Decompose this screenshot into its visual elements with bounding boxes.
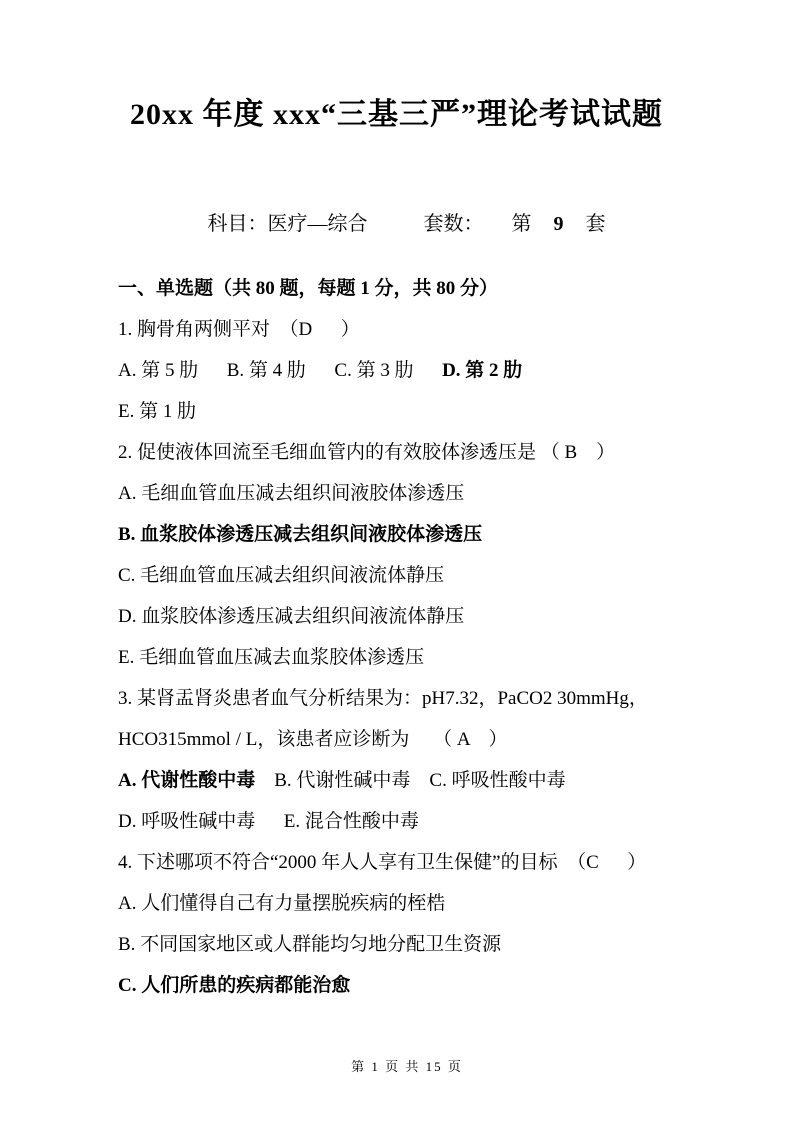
exam-document-page: 20xx 年度 xxx“三基三严”理论考试试题 科目：医疗—综合套数：第9套 一… [0, 0, 793, 1122]
question-4-option-c: C. 人们所患的疾病都能治愈 [118, 965, 748, 1006]
question-3-options-a-c: A. 代谢性酸中毒 B. 代谢性碱中毒 C. 呼吸性酸中毒 [118, 760, 748, 801]
question-4-option-b: B. 不同国家地区或人群能均匀地分配卫生资源 [118, 924, 748, 965]
text-segment: A. 毛细血管血压减去组织间液胶体渗透压 [118, 483, 464, 504]
text-segment: D. 血浆胶体渗透压减去组织间液流体静压 [118, 606, 464, 627]
question-2-option-d: D. 血浆胶体渗透压减去组织间液流体静压 [118, 596, 748, 637]
text-segment: D. 呼吸性碱中毒 E. 混合性酸中毒 [118, 811, 419, 832]
text-segment: 4. 下述哪项不符合“2000 年人人享有卫生保健”的目标 （C ） [118, 852, 646, 873]
subject-label: 科目：医疗—综合 [208, 213, 368, 235]
text-segment: B. 代谢性碱中毒 C. 呼吸性酸中毒 [255, 770, 565, 791]
question-1-option-e: E. 第 1 肋 [118, 391, 748, 432]
question-2-option-b: B. 血浆胶体渗透压减去组织间液胶体渗透压 [118, 514, 748, 555]
question-list: 一、单选题（共 80 题，每题 1 分，共 80 分）1. 胸骨角两侧平对 （D… [118, 268, 748, 1006]
answer-bold-segment: C. 人们所患的疾病都能治愈 [118, 975, 350, 996]
question-3-text-line-2: HCO315mmol / L，该患者应诊断为 （ A ） [118, 719, 748, 760]
question-2-text: 2. 促使液体回流至毛细血管内的有效胶体渗透压是 （ B ） [118, 432, 748, 473]
text-segment: 3. 某肾盂肾炎患者血气分析结果为：pH7.32，PaCO2 30mmHg， [118, 688, 648, 709]
set-count-label: 套数： [424, 213, 484, 235]
text-segment: E. 第 1 肋 [118, 401, 196, 422]
text-segment: HCO315mmol / L，该患者应诊断为 （ A ） [118, 729, 508, 750]
page-number-text: 第 1 页 共 15 页 [351, 1059, 463, 1074]
text-segment: 1. 胸骨角两侧平对 （D ） [118, 319, 360, 340]
answer-bold-segment: D. 第 2 肋 [442, 360, 522, 381]
answer-bold-segment: B. 血浆胶体渗透压减去组织间液胶体渗透压 [118, 524, 482, 545]
page-title: 20xx 年度 xxx“三基三严”理论考试试题 [0, 96, 793, 134]
question-1-text: 1. 胸骨角两侧平对 （D ） [118, 309, 748, 350]
section-heading: 一、单选题（共 80 题，每题 1 分，共 80 分） [118, 268, 748, 309]
text-segment: A. 人们懂得自己有力量摆脱疾病的桎梏 [118, 893, 445, 914]
set-number-suffix: 套 [586, 213, 606, 235]
question-4-text: 4. 下述哪项不符合“2000 年人人享有卫生保健”的目标 （C ） [118, 842, 748, 883]
question-2-option-c: C. 毛细血管血压减去组织间液流体静压 [118, 555, 748, 596]
question-1-options-a-d: A. 第 5 肋 B. 第 4 肋 C. 第 3 肋 D. 第 2 肋 [118, 350, 748, 391]
text-segment: E. 毛细血管血压减去血浆胶体渗透压 [118, 647, 424, 668]
question-2-option-e: E. 毛细血管血压减去血浆胶体渗透压 [118, 637, 748, 678]
question-3-options-d-e: D. 呼吸性碱中毒 E. 混合性酸中毒 [118, 801, 748, 842]
page-footer: 第 1 页 共 15 页 [0, 1040, 793, 1094]
set-number-prefix: 第 [512, 213, 532, 235]
question-4-option-a: A. 人们懂得自己有力量摆脱疾病的桎梏 [118, 883, 748, 924]
text-segment: 2. 促使液体回流至毛细血管内的有效胶体渗透压是 （ B ） [118, 442, 615, 463]
exam-meta-line: 科目：医疗—综合套数：第9套 [0, 188, 793, 260]
set-number: 9 [554, 213, 564, 235]
question-2-option-a: A. 毛细血管血压减去组织间液胶体渗透压 [118, 473, 748, 514]
text-segment: C. 毛细血管血压减去组织间液流体静压 [118, 565, 444, 586]
text-segment: B. 不同国家地区或人群能均匀地分配卫生资源 [118, 934, 501, 955]
answer-bold-segment: A. 代谢性酸中毒 [118, 770, 255, 791]
answer-bold-segment: 一、单选题（共 80 题，每题 1 分，共 80 分） [118, 278, 498, 299]
question-3-text-line-1: 3. 某肾盂肾炎患者血气分析结果为：pH7.32，PaCO2 30mmHg， [118, 678, 748, 719]
text-segment: A. 第 5 肋 B. 第 4 肋 C. 第 3 肋 [118, 360, 442, 381]
